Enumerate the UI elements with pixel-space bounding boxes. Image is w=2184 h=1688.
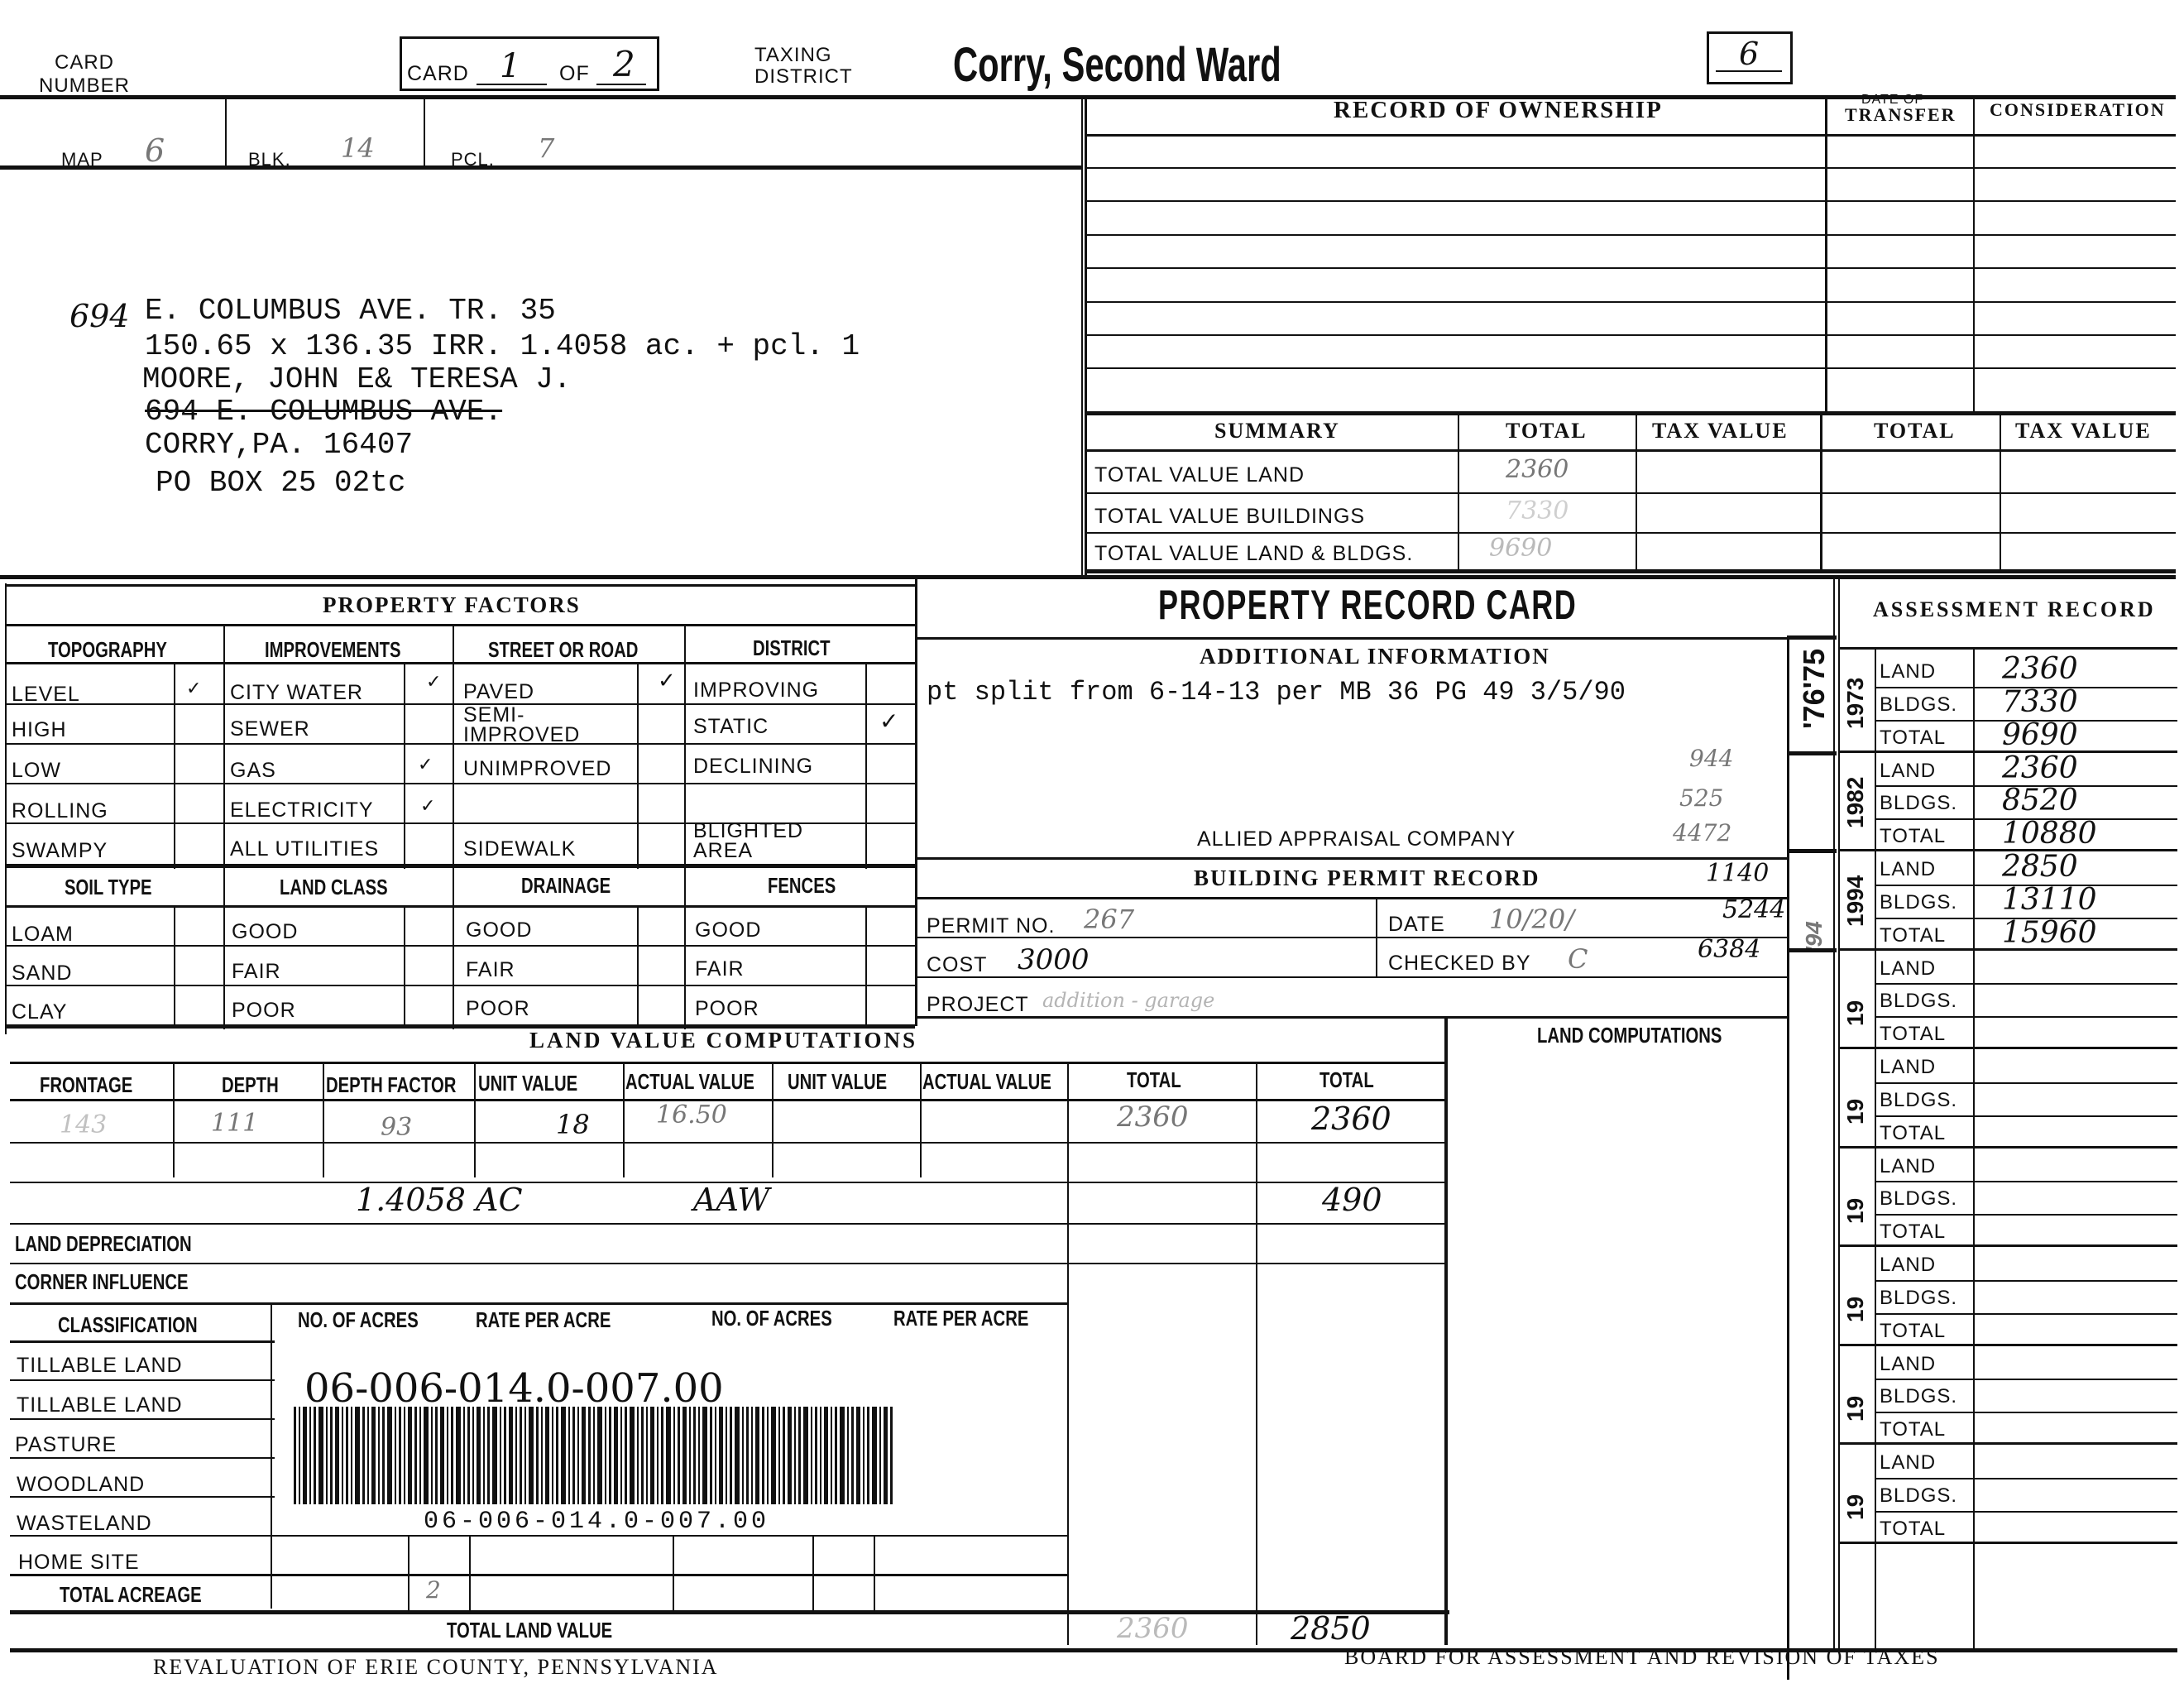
assessment-value-total: 15960 — [2002, 916, 2097, 950]
permit-checked-by-label: CHECKED BY — [1388, 952, 1531, 976]
permit-date-value: 10/20/ — [1489, 904, 1574, 935]
topo-swampy: SWAMPY — [12, 839, 108, 863]
topo-rolling: ROLLING — [12, 799, 108, 823]
permit-project-label: PROJECT — [927, 993, 1029, 1017]
appraiser-name: ALLIED APPRAISAL COMPANY — [1197, 827, 1516, 851]
total-acreage-value: 2 — [426, 1576, 441, 1604]
assessment-row-label-bldgs: BLDGS. — [1880, 1484, 1957, 1508]
address-line-1: E. COLUMBUS AVE. TR. 35 — [145, 294, 556, 328]
imp-all-utilities: ALL UTILITIES — [230, 837, 379, 861]
assessment-row-label-total: TOTAL — [1880, 1320, 1946, 1343]
district-header: DISTRICT — [753, 635, 831, 661]
topography-header: TOPOGRAPHY — [48, 637, 167, 663]
map-label: MAP — [61, 149, 103, 170]
col-unit-value-2: UNIT VALUE — [788, 1069, 887, 1095]
drainage-fair: FAIR — [466, 958, 515, 982]
street-semi-improved: SEMI-IMPROVED — [463, 705, 637, 745]
class-tillable-land-1: TILLABLE LAND — [17, 1354, 183, 1378]
barcode-printed-id: 06-006-014.0-007.00 — [424, 1508, 769, 1536]
assessment-row-label-bldgs: BLDGS. — [1880, 1187, 1957, 1211]
address-line-4-struck: 694 E. COLUMBUS AVE. — [145, 395, 502, 429]
barcode-handwritten-id: 06-006-014.0-007.00 — [304, 1365, 724, 1412]
soil-clay: CLAY — [12, 1000, 67, 1024]
summary-row-total-label: TOTAL VALUE LAND & BLDGS. — [1094, 542, 1413, 566]
imp-city-water-check[interactable]: ✓ — [426, 672, 441, 693]
assessment-year: 19 — [1842, 1264, 1869, 1322]
taxing-district-label: TAXING DISTRICT — [754, 45, 879, 88]
class-woodland: WOODLAND — [17, 1473, 145, 1497]
street-unimproved: UNIMPROVED — [463, 757, 611, 781]
summary-row-bldgs-total: 7330 — [1506, 496, 1569, 525]
permit-cost-label: COST — [927, 953, 987, 977]
permit-date-label: DATE — [1388, 913, 1445, 937]
assessment-row-label-land: LAND — [1880, 858, 1936, 881]
class-home-site: HOME SITE — [18, 1551, 140, 1575]
land-class-header: LAND CLASS — [280, 875, 388, 900]
assessment-row-label-bldgs: BLDGS. — [1880, 693, 1957, 717]
soil-loam: LOAM — [12, 923, 74, 947]
district-improving: IMPROVING — [693, 679, 819, 703]
assessment-row-label-bldgs: BLDGS. — [1880, 891, 1957, 914]
summary-tax-value2-header: TAX VALUE — [2015, 419, 2152, 444]
card-number-label: CARD NUMBER — [35, 51, 134, 98]
margin-note-2: 525 — [1679, 784, 1723, 812]
drainage-header: DRAINAGE — [521, 873, 611, 899]
land-depreciation-label: LAND DEPRECIATION — [15, 1231, 192, 1257]
fences-good: GOOD — [695, 918, 761, 942]
col-actual-value-2: ACTUAL VALUE — [922, 1069, 1051, 1095]
row1-total-1: 2360 — [1117, 1101, 1189, 1134]
col-total-2: TOTAL — [1319, 1067, 1374, 1093]
assessment-value-land: 2360 — [2002, 652, 2078, 686]
land-class-good: GOOD — [232, 920, 298, 944]
assessment-row-label-land: LAND — [1880, 760, 1936, 783]
summary-total-header: TOTAL — [1506, 419, 1588, 444]
acre-note: 1.4058 AC — [356, 1182, 523, 1218]
assessment-row-label-total: TOTAL — [1880, 1418, 1946, 1441]
total-land-value-2: 2850 — [1291, 1610, 1371, 1647]
land-value-title: LAND VALUE COMPUTATIONS — [529, 1028, 917, 1053]
imp-sewer: SEWER — [230, 717, 310, 741]
total-land-value-1: 2360 — [1117, 1612, 1189, 1645]
blk-label: BLK. — [248, 149, 291, 170]
address-line-6: PO BOX 25 02tc — [156, 466, 405, 500]
topo-high: HIGH — [12, 718, 67, 742]
date-of-transfer-header: TRANSFER — [1845, 104, 1956, 126]
assessment-year: 19 — [1842, 1166, 1869, 1224]
summary-row-land-total: 2360 — [1506, 455, 1569, 484]
ownership-title: RECORD OF OWNERSHIP — [1334, 97, 1663, 124]
col-frontage: FRONTAGE — [40, 1072, 132, 1098]
class-tillable-land-2: TILLABLE LAND — [17, 1393, 183, 1417]
imp-gas: GAS — [230, 759, 276, 783]
district-blighted-area: BLIGHTED AREA — [693, 821, 859, 861]
assessment-value-land: 2850 — [2002, 850, 2078, 884]
barcode-bars — [294, 1407, 955, 1504]
assessment-row-label-land: LAND — [1880, 1254, 1936, 1277]
row1-depth: 111 — [211, 1109, 258, 1138]
pcl-value: 7 — [538, 132, 554, 164]
street-header: STREET OR ROAD — [488, 637, 638, 663]
card-value: 1 — [500, 47, 520, 85]
drainage-good: GOOD — [466, 918, 532, 942]
assessment-row-label-land: LAND — [1880, 660, 1936, 683]
assessment-row-label-land: LAND — [1880, 1056, 1936, 1079]
assessment-row-label-land: LAND — [1880, 1155, 1936, 1178]
of-label: OF — [559, 62, 590, 86]
address-line-3: MOORE, JOHN E& TERESA J. — [142, 362, 571, 396]
assessment-year: 19 — [1842, 1364, 1869, 1422]
imp-electricity-check[interactable]: ✓ — [420, 796, 435, 817]
col-depth-factor: DEPTH FACTOR — [326, 1072, 456, 1098]
assessment-year: 1973 — [1842, 671, 1869, 729]
col-actual-value: ACTUAL VALUE — [625, 1069, 754, 1095]
topo-level: LEVEL — [12, 683, 80, 707]
permit-checked-by-value: C — [1568, 943, 1588, 975]
assessment-year: 19 — [1842, 968, 1869, 1026]
permit-no-label: PERMIT NO. — [927, 914, 1055, 938]
topo-low: LOW — [12, 759, 61, 783]
assessment-row-label-bldgs: BLDGS. — [1880, 990, 1957, 1013]
assessment-year: 1982 — [1842, 770, 1869, 828]
row1-total-2: 2360 — [1311, 1101, 1391, 1137]
acre-note-2: AAW — [693, 1182, 769, 1218]
summary-total2-header: TOTAL — [1874, 419, 1956, 444]
total-land-value-label: TOTAL LAND VALUE — [447, 1618, 612, 1643]
of-value: 2 — [613, 44, 635, 84]
row1-depth-factor: 93 — [381, 1113, 412, 1142]
district-declining: DECLINING — [693, 755, 813, 779]
imp-electricity: ELECTRICITY — [230, 798, 374, 822]
col-rate-per-acre-2: RATE PER ACRE — [893, 1306, 1028, 1331]
street-paved: PAVED — [463, 680, 534, 704]
assessment-value-total: 9690 — [2002, 718, 2078, 752]
col-no-of-acres: NO. OF ACRES — [298, 1307, 419, 1333]
blk-value: 14 — [341, 132, 375, 164]
property-factors-title: PROPERTY FACTORS — [323, 592, 581, 618]
row1-frontage: 143 — [60, 1110, 107, 1139]
consideration-header: CONSIDERATION — [1990, 99, 2166, 121]
record-card-title: PROPERTY RECORD CARD — [1158, 581, 1577, 629]
assessment-row-label-land: LAND — [1880, 957, 1936, 981]
class-wasteland: WASTELAND — [17, 1512, 152, 1536]
taxing-district-value: Corry, Second Ward — [953, 37, 1281, 93]
drainage-poor: POOR — [466, 997, 530, 1021]
summary-row-land-label: TOTAL VALUE LAND — [1094, 463, 1305, 487]
assessment-year: 1994 — [1842, 869, 1869, 927]
permit-cost-value: 3000 — [1018, 943, 1090, 976]
pcl-label: PCL. — [451, 149, 495, 170]
district-number-box: 6 — [1707, 31, 1793, 84]
land-class-fair: FAIR — [232, 960, 281, 984]
imp-gas-check[interactable]: ✓ — [418, 755, 433, 775]
row1-unit-value: 18 — [556, 1109, 590, 1140]
acre-total: 490 — [1322, 1182, 1382, 1218]
margin-note-3: 4472 — [1673, 819, 1731, 846]
total-acreage-label: TOTAL ACREAGE — [60, 1582, 202, 1608]
summary-tax-value-header: TAX VALUE — [1652, 419, 1789, 444]
permit-title: BUILDING PERMIT RECORD — [1194, 866, 1540, 891]
district-static: STATIC — [693, 715, 769, 739]
assessment-row-label-bldgs: BLDGS. — [1880, 1089, 1957, 1112]
land-class-poor: POOR — [232, 999, 296, 1023]
assessment-row-label-total: TOTAL — [1880, 1220, 1946, 1244]
additional-info-title: ADDITIONAL INFORMATION — [1200, 644, 1550, 669]
assessment-side-label-1: '76'75 — [1797, 655, 1832, 729]
fences-poor: POOR — [695, 997, 759, 1021]
row1-actual-value: 16.50 — [656, 1101, 727, 1129]
classification-header: CLASSIFICATION — [58, 1312, 198, 1338]
fences-fair: FAIR — [695, 957, 745, 981]
permit-project-value: addition - garage — [1042, 989, 1214, 1012]
class-pasture: PASTURE — [15, 1433, 117, 1457]
assessment-row-label-total: TOTAL — [1880, 727, 1946, 750]
soil-type-header: SOIL TYPE — [65, 875, 152, 900]
card-label: CARD — [407, 62, 469, 86]
land-computations-title: LAND COMPUTATIONS — [1537, 1023, 1722, 1048]
district-number-value: 6 — [1739, 36, 1759, 72]
margin-note-1: 944 — [1689, 745, 1733, 772]
assessment-row-label-bldgs: BLDGS. — [1880, 792, 1957, 815]
col-total-1: TOTAL — [1127, 1067, 1181, 1093]
handwritten-house-number: 694 — [69, 298, 130, 334]
assessment-row-label-total: TOTAL — [1880, 1122, 1946, 1145]
assessment-row-label-land: LAND — [1880, 1451, 1936, 1475]
topo-level-check[interactable]: ✓ — [186, 679, 201, 699]
assessment-row-label-bldgs: BLDGS. — [1880, 1385, 1957, 1408]
assessment-title: ASSESSMENT RECORD — [1873, 597, 2156, 622]
address-line-2: 150.65 x 136.35 IRR. 1.4058 ac. + pcl. 1 — [145, 329, 860, 363]
permit-no-value: 267 — [1084, 904, 1134, 935]
fences-header: FENCES — [768, 873, 836, 899]
assessment-row-label-total: TOTAL — [1880, 1518, 1946, 1541]
col-rate-per-acre: RATE PER ACRE — [476, 1307, 611, 1333]
assessment-value-bldgs: 8520 — [2002, 784, 2078, 818]
card-of-box: CARD 1 OF 2 — [400, 36, 659, 91]
soil-sand: SAND — [12, 961, 72, 985]
assessment-row-label-total: TOTAL — [1880, 1023, 1946, 1046]
improvements-header: IMPROVEMENTS — [265, 637, 401, 663]
assessment-year: 19 — [1842, 1067, 1869, 1125]
assessment-value-land: 2360 — [2002, 751, 2078, 785]
assessment-side-label-3: '94 — [1801, 878, 1827, 952]
col-no-of-acres-2: NO. OF ACRES — [711, 1306, 832, 1331]
assessment-row-label-total: TOTAL — [1880, 924, 1946, 947]
street-sidewalk: SIDEWALK — [463, 837, 576, 861]
summary-row-total-total: 9690 — [1489, 534, 1552, 563]
additional-info-text: pt split from 6-14-13 per MB 36 PG 49 3/… — [927, 677, 1626, 707]
imp-city-water: CITY WATER — [230, 681, 363, 705]
street-paved-check[interactable]: ✓ — [658, 669, 676, 693]
assessment-year: 19 — [1842, 1462, 1869, 1520]
col-unit-value: UNIT VALUE — [478, 1071, 577, 1096]
summary-title: SUMMARY — [1214, 419, 1340, 444]
margin-note-6: 6384 — [1698, 935, 1760, 964]
margin-note-5: 5244 — [1722, 895, 1785, 924]
assessment-value-bldgs: 13110 — [2002, 883, 2097, 917]
assessment-row-label-land: LAND — [1880, 1353, 1936, 1376]
assessment-row-label-total: TOTAL — [1880, 825, 1946, 848]
assessment-value-total: 10880 — [2002, 817, 2097, 851]
address-line-5: CORRY,PA. 16407 — [145, 428, 413, 462]
summary-row-bldgs-label: TOTAL VALUE BUILDINGS — [1094, 505, 1365, 529]
footer-right: BOARD FOR ASSESSMENT AND REVISION OF TAX… — [1344, 1645, 1940, 1670]
col-depth: DEPTH — [222, 1072, 279, 1098]
assessment-row-label-bldgs: BLDGS. — [1880, 1287, 1957, 1310]
district-static-check[interactable]: ✓ — [879, 707, 898, 735]
footer-left: REVALUATION OF ERIE COUNTY, PENNSYLVANIA — [153, 1655, 719, 1680]
map-value: 6 — [145, 132, 165, 169]
assessment-value-bldgs: 7330 — [2002, 685, 2078, 719]
margin-note-4: 1140 — [1706, 859, 1769, 888]
corner-influence-label: CORNER INFLUENCE — [15, 1269, 189, 1295]
